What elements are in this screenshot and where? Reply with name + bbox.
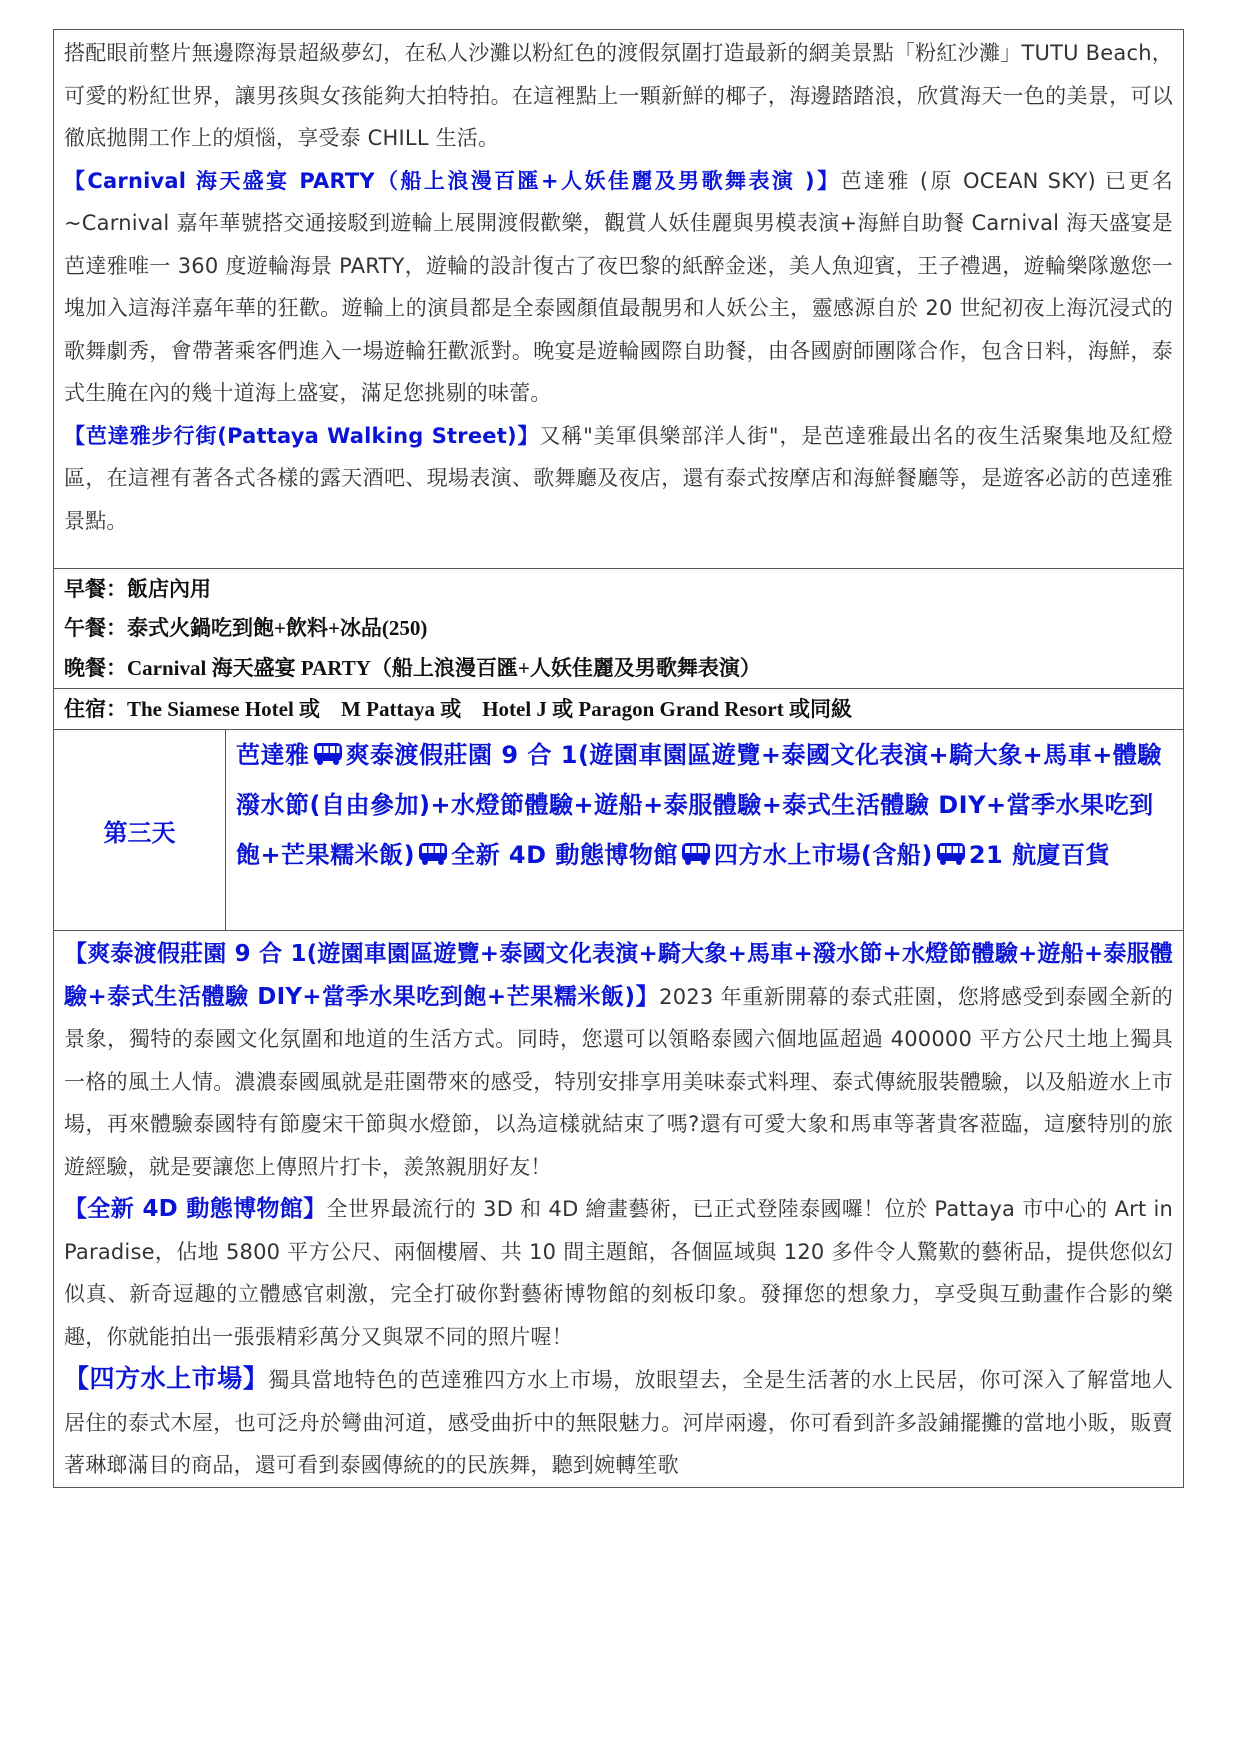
attractions-row-day2: 搭配眼前整片無邊際海景超級夢幻，在私人沙灘以粉紅色的渡假氛圍打造最新的網美景點「… [54,30,1184,569]
carnival-heading: 【Carnival 海天盛宴 PARTY（船上浪漫百匯+人妖佳麗及男歌舞表演 )… [64,169,841,193]
day-label-cell: 第三天 [54,730,226,931]
bus-icon [313,734,343,760]
attractions-row-day3: 【爽泰渡假莊園 9 合 1(遊園車園區遊覽+泰國文化表演+騎大象+馬車+潑水節+… [54,931,1184,1488]
walking-street-paragraph: 【芭達雅步行街(Pattaya Walking Street)】又稱"美軍俱樂部… [64,415,1173,543]
route-stop-museum: 全新 4D 動態博物館 [451,841,678,869]
breakfast-label: 早餐：飯店內用 [64,569,1173,609]
floating-market-heading: 【四方水上市場】 [64,1364,268,1393]
day-route: 芭達雅爽泰渡假莊園 9 合 1(遊園車園區遊覽+泰國文化表演+騎大象+馬車+體驗… [236,730,1173,880]
day3-attractions-cell: 【爽泰渡假莊園 9 合 1(遊園車園區遊覽+泰國文化表演+騎大象+馬車+潑水節+… [54,931,1184,1488]
bus-icon [681,834,711,860]
dinner-label: 晚餐：Carnival 海天盛宴 PARTY（船上浪漫百匯+人妖佳麗及男歌舞表演… [64,648,1173,688]
meals-row: 早餐：飯店內用 午餐：泰式火鍋吃到飽+飲料+冰品(250) 晚餐：Carniva… [54,569,1184,689]
route-stop-pattaya: 芭達雅 [236,741,310,769]
lunch-label: 午餐：泰式火鍋吃到飽+飲料+冰品(250) [64,609,1173,648]
route-stop-terminal21: 21 航廈百貨 [969,841,1110,869]
accommodation-row: 住宿：The Siamese Hotel 或 M Pattaya 或 Hotel… [54,689,1184,730]
bus-icon [418,834,448,860]
day-route-cell: 芭達雅爽泰渡假莊園 9 合 1(遊園車園區遊覽+泰國文化表演+騎大象+馬車+體驗… [226,730,1184,931]
walking-street-heading: 【芭達雅步行街(Pattaya Walking Street)】 [64,424,539,448]
accommodation-cell: 住宿：The Siamese Hotel 或 M Pattaya 或 Hotel… [54,689,1184,730]
day3-header-row: 第三天 芭達雅爽泰渡假莊園 9 合 1(遊園車園區遊覽+泰國文化表演+騎大象+馬… [54,730,1184,931]
accommodation-label: 住宿：The Siamese Hotel 或 M Pattaya 或 Hotel… [64,689,1173,729]
museum-heading: 【全新 4D 動態博物館】 [64,1196,327,1222]
pink-beach-paragraph: 搭配眼前整片無邊際海景超級夢幻，在私人沙灘以粉紅色的渡假氛圍打造最新的網美景點「… [64,32,1173,160]
itinerary-table: 搭配眼前整片無邊際海景超級夢幻，在私人沙灘以粉紅色的渡假氛圍打造最新的網美景點「… [53,29,1184,1488]
day-label: 第三天 [104,819,176,847]
attractions-cell: 搭配眼前整片無邊際海景超級夢幻，在私人沙灘以粉紅色的渡假氛圍打造最新的網美景點「… [54,30,1184,569]
meals-cell: 早餐：飯店內用 午餐：泰式火鍋吃到飽+飲料+冰品(250) 晚餐：Carniva… [54,569,1184,689]
museum-paragraph: 【全新 4D 動態博物館】全世界最流行的 3D 和 4D 繪畫藝術，已正式登陸泰… [64,1188,1173,1358]
resort-paragraph: 【爽泰渡假莊園 9 合 1(遊園車園區遊覽+泰國文化表演+騎大象+馬車+潑水節+… [64,933,1173,1188]
carnival-paragraph: 【Carnival 海天盛宴 PARTY（船上浪漫百匯+人妖佳麗及男歌舞表演 )… [64,160,1173,415]
route-stop-floating-market: 四方水上市場(含船) [714,841,933,869]
bus-icon [936,834,966,860]
floating-market-paragraph: 【四方水上市場】獨具當地特色的芭達雅四方水上市場，放眼望去，全是生活著的水上民居… [64,1358,1173,1487]
